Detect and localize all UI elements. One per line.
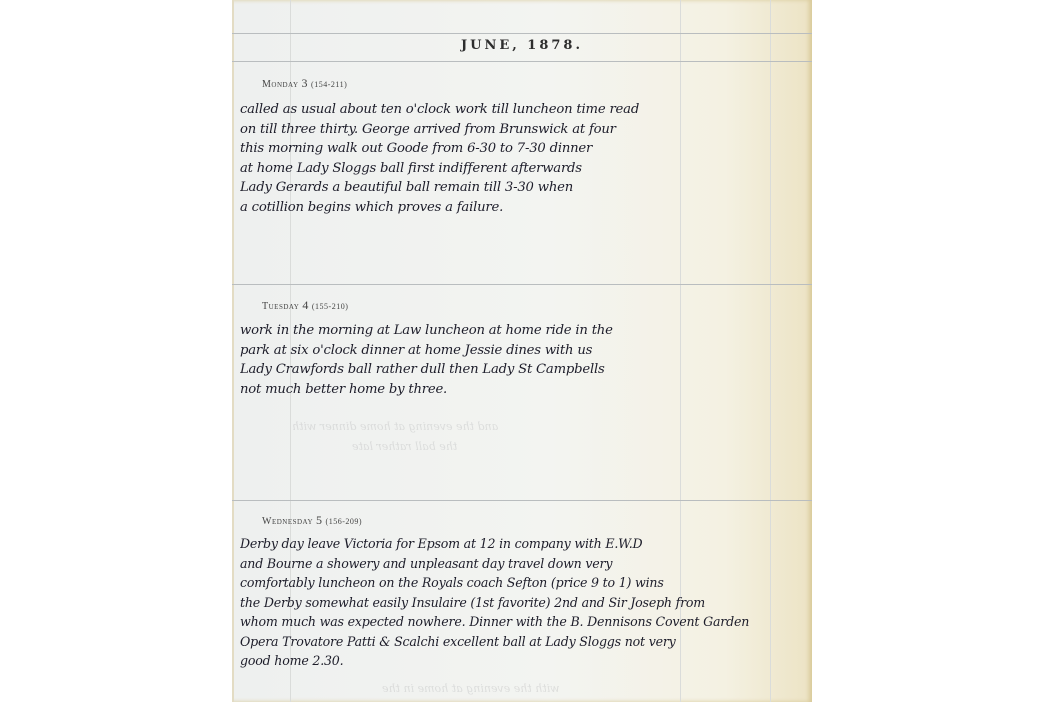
day-label-wednesday: Wednesday5(156-209) [262,513,362,528]
entry-line: Lady Gerards a beautiful ball remain til… [240,178,805,198]
entry-line: comfortably luncheon on the Royals coach… [240,573,805,593]
entry-line: on till three thirty. George arrived fro… [240,120,805,140]
day-label-tuesday: Tuesday4(155-210) [262,298,348,313]
entry-line: called as usual about ten o'clock work t… [240,100,805,120]
day-label-monday: Monday3(154-211) [262,76,347,91]
entry-line: Derby day leave Victoria for Epsom at 12… [240,534,805,554]
entry-line: whom much was expected nowhere. Dinner w… [240,612,805,632]
heading-rule-bottom [232,61,812,62]
bleed-through-text: and the evening at home dinner with [292,420,498,433]
day-number: 5 [316,513,323,527]
entry-tuesday: work in the morning at Law luncheon at h… [240,321,805,399]
day-range: (155-210) [312,302,349,311]
day-range: (156-209) [326,517,363,526]
bleed-through-text: with the evening at home in the [382,682,560,695]
entry-line: the Derby somewhat easily Insulaire (1st… [240,593,805,613]
entry-line: a cotillion begins which proves a failur… [240,198,805,218]
day-name: Wednesday [262,516,313,527]
diary-page: JUNE, 1878. Monday3(154-211) called as u… [232,0,812,702]
entry-line: not much better home by three. [240,380,805,400]
entry-line: Opera Trovatore Patti & Scalchi excellen… [240,632,805,652]
entry-line: at home Lady Sloggs ball first indiffere… [240,159,805,179]
entry-line: work in the morning at Law luncheon at h… [240,321,805,341]
page-heading: JUNE, 1878. [232,38,812,53]
day-range: (154-211) [311,80,347,89]
entry-wednesday: Derby day leave Victoria for Epsom at 12… [240,534,805,671]
entry-line: this morning walk out Goode from 6-30 to… [240,139,805,159]
entry-line: park at six o'clock dinner at home Jessi… [240,341,805,361]
entry-line: and Bourne a showery and unpleasant day … [240,554,805,574]
day-name: Tuesday [262,301,299,312]
entry-monday: called as usual about ten o'clock work t… [240,100,805,217]
heading-rule-top [232,33,812,34]
day-number: 4 [302,298,309,312]
day-number: 3 [302,76,309,90]
entry-line: Lady Crawfords ball rather dull then Lad… [240,360,805,380]
bleed-through-text: the ball rather late [352,440,457,453]
section-divider [232,284,812,285]
day-name: Monday [262,79,299,90]
entry-line: good home 2.30. [240,651,805,671]
section-divider [232,500,812,501]
